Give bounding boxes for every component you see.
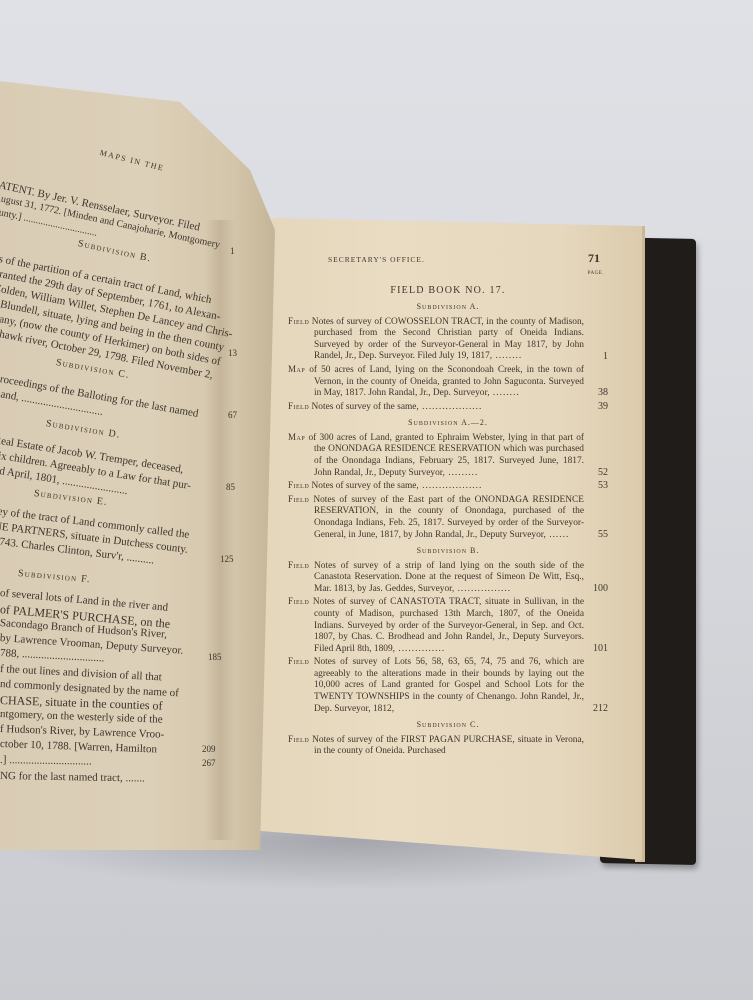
section-heading: Subdivision C. bbox=[288, 719, 608, 731]
page-ref: 1 bbox=[230, 246, 235, 256]
index-entry: Map of 50 acres of Land, lying on the Sc… bbox=[288, 364, 608, 400]
page-number: 71 bbox=[588, 252, 600, 264]
text-line: NG for the last named tract, ....... bbox=[0, 770, 145, 785]
section-heading: Subdivision B. bbox=[288, 545, 608, 557]
index-entry: Field Notes of survey of the East part o… bbox=[288, 494, 608, 541]
right-page-text: SECRETARY'S OFFICE. 71 PAGE. FIELD BOOK … bbox=[288, 252, 608, 759]
page-ref: 267 bbox=[202, 758, 216, 768]
page-ref: 13 bbox=[228, 348, 237, 358]
index-entry: Field Notes of survey of a strip of land… bbox=[288, 560, 608, 596]
page-column-label: PAGE. bbox=[288, 268, 604, 280]
entry-page: 212 bbox=[584, 703, 608, 715]
index-entry: Field Notes of survey of CANASTOTA TRACT… bbox=[288, 596, 608, 655]
entry-page: 55 bbox=[584, 529, 608, 541]
index-entry: Field Notes of survey of Lots 56, 58, 63… bbox=[288, 656, 608, 715]
entry-page: 52 bbox=[584, 467, 608, 479]
entry-page: 38 bbox=[584, 387, 608, 399]
entry-page: 101 bbox=[584, 643, 608, 655]
page-ref: 67 bbox=[228, 410, 237, 420]
section-heading: Subdivision A.—2. bbox=[288, 417, 608, 429]
section-heading: Subdivision A. bbox=[288, 301, 608, 313]
entry-page: 53 bbox=[584, 480, 608, 492]
entry-page: 100 bbox=[584, 583, 608, 595]
index-entry: Field Notes of survey of the same, .....… bbox=[288, 480, 608, 493]
entry-page: 1 bbox=[584, 351, 608, 363]
index-entry: Field Notes of survey of the FIRST PAGAN… bbox=[288, 734, 608, 758]
index-entry: Field Notes of survey of the same, .....… bbox=[288, 401, 608, 414]
book-photo: SECRETARY'S OFFICE. 71 PAGE. FIELD BOOK … bbox=[0, 0, 753, 1000]
running-head: SECRETARY'S OFFICE. 71 bbox=[328, 252, 608, 266]
book-title: FIELD BOOK NO. 17. bbox=[288, 285, 608, 297]
entry-page: 39 bbox=[584, 401, 608, 413]
page-ref: 125 bbox=[220, 554, 234, 564]
page-ref: 185 bbox=[208, 652, 222, 662]
running-title: SECRETARY'S OFFICE. bbox=[328, 254, 425, 266]
page-ref: 209 bbox=[202, 744, 216, 754]
page-ref: 85 bbox=[226, 482, 235, 492]
index-entry: Map of 300 acres of Land, granted to Eph… bbox=[288, 432, 608, 479]
index-entry: Field Notes of survey of COWOSSELON TRAC… bbox=[288, 316, 608, 363]
text-line: .] .............................. bbox=[0, 754, 92, 768]
